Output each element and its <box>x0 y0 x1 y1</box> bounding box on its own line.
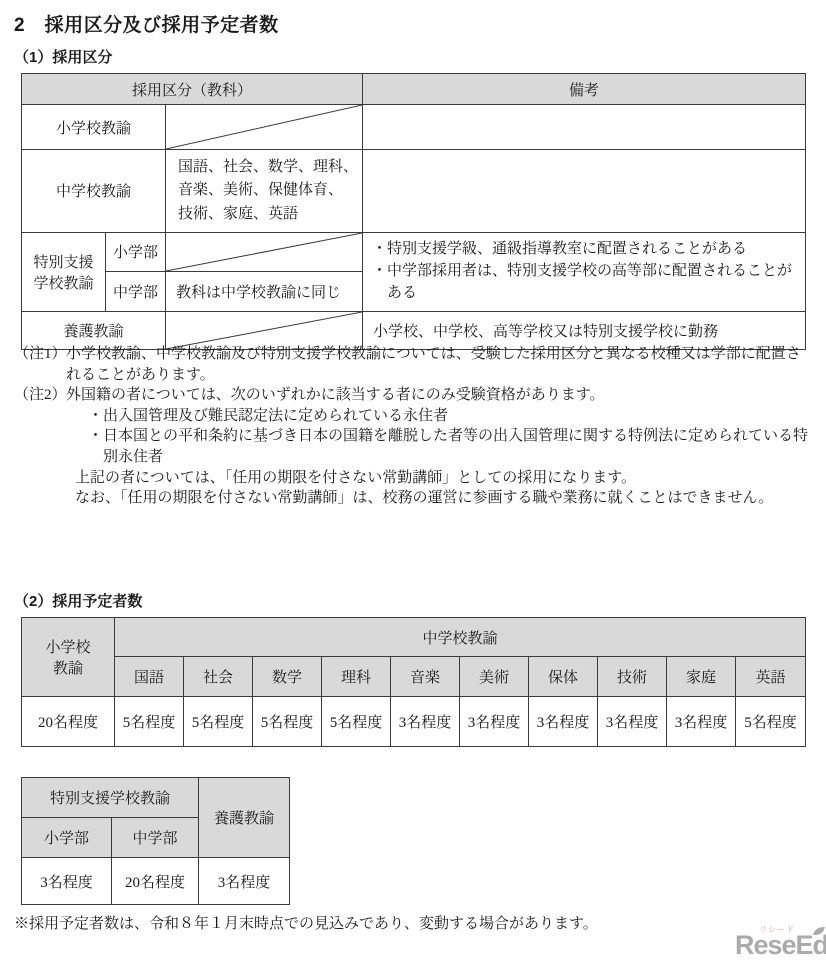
recruitment-category-table: 採用区分（教科） 備考 小学校教諭 中学校教諭 国語、社会、数学、理科、 音楽、… <box>21 73 806 350</box>
value-rika: 5名程度 <box>322 697 391 747</box>
col-header-subject-rika: 理科 <box>322 657 391 697</box>
col-header-subject-sugaku: 数学 <box>253 657 322 697</box>
col-header-special-elementary: 小学部 <box>22 818 112 858</box>
col-header-subject-katei: 家庭 <box>667 657 736 697</box>
leaf-icon <box>812 926 826 936</box>
remark-elementary-empty <box>363 105 806 150</box>
note-1-label: （注1） <box>14 344 66 385</box>
note-2-line-1: 上記の者については、「任用の期限を付さない常勤講師」としての採用になります。 <box>75 468 814 489</box>
note-2-bullet-2: ・日本国との平和条約に基づき日本の国籍を離脱した者等の出入国管理に関する特例法に… <box>88 426 814 467</box>
row-label-elementary: 小学校教諭 <box>22 105 166 150</box>
remark-special: ・特別支援学級、通級指導教室に配置されることがある ・中学部採用者は、特別支援学… <box>363 232 806 311</box>
footnote: ※採用予定者数は、令和８年１月末時点での見込みであり、変動する場合があります。 <box>14 912 598 933</box>
planned-hires-table: 小学校 教諭 中学校教諭 国語 社会 数学 理科 音楽 美術 保体 技術 家庭 … <box>21 617 806 747</box>
remark-special-bullet-1: ・特別支援学級、通級指導教室に配置されることがある <box>372 239 799 261</box>
col-header-subject-gijutsu: 技術 <box>598 657 667 697</box>
value-kokugo: 5名程度 <box>115 697 184 747</box>
page-title: 2 採用区分及び採用予定者数 <box>14 10 279 37</box>
value-hotai: 3名程度 <box>529 697 598 747</box>
remark-special-bullet-2: ・中学部採用者は、特別支援学校の高等部に配置されることがある <box>372 261 799 305</box>
col-header-special-school: 特別支援学校教諭 <box>22 778 199 818</box>
note-2-label: （注2） <box>14 385 66 406</box>
reseed-watermark: リシード ReseEd <box>735 924 826 962</box>
row-label-junior: 中学校教諭 <box>22 150 166 233</box>
value-special-elementary: 3名程度 <box>22 858 112 905</box>
notes-block: （注1） 小学校教諭、中学校教諭及び特別支援学校教諭については、受験した採用区分… <box>14 344 814 509</box>
value-katei: 3名程度 <box>667 697 736 747</box>
value-nurse: 3名程度 <box>199 858 290 905</box>
note-2-line-2: なお、「任用の期限を付さない常勤講師」は、校務の運営に参画する職や業務に就くこと… <box>75 488 814 509</box>
diagonal-na-cell <box>166 105 363 150</box>
col-header-subject-eigo: 英語 <box>736 657 806 697</box>
col-header-category: 採用区分（教科） <box>22 74 363 105</box>
note-1: （注1） 小学校教諭、中学校教諭及び特別支援学校教諭については、受験した採用区分… <box>14 344 814 385</box>
value-shakai: 5名程度 <box>184 697 253 747</box>
col-header-junior: 中学校教諭 <box>115 618 806 657</box>
col-header-elementary: 小学校 教諭 <box>22 618 115 697</box>
note-2-bullet-1: ・出入国管理及び難民認定法に定められている永住者 <box>88 406 814 427</box>
special-junior-subject: 教科は中学校教諭に同じ <box>166 271 363 311</box>
note-1-text: 小学校教諭、中学校教諭及び特別支援学校教諭については、受験した採用区分と異なる校… <box>66 344 814 385</box>
col-header-subject-bijutsu: 美術 <box>460 657 529 697</box>
junior-subjects: 国語、社会、数学、理科、 音楽、美術、保健体育、 技術、家庭、英語 <box>166 150 363 233</box>
special-nurse-hires-table: 特別支援学校教諭 養護教諭 小学部 中学部 3名程度 20名程度 3名程度 <box>21 777 290 905</box>
col-header-remarks: 備考 <box>363 74 806 105</box>
value-bijutsu: 3名程度 <box>460 697 529 747</box>
value-gijutsu: 3名程度 <box>598 697 667 747</box>
value-sugaku: 5名程度 <box>253 697 322 747</box>
value-elementary: 20名程度 <box>22 697 115 747</box>
section-2-heading: （2）採用予定者数 <box>14 590 142 611</box>
col-header-subject-shakai: 社会 <box>184 657 253 697</box>
value-ongaku: 3名程度 <box>391 697 460 747</box>
col-header-subject-kokugo: 国語 <box>115 657 184 697</box>
col-header-subject-hotai: 保体 <box>529 657 598 697</box>
remark-junior-empty <box>363 150 806 233</box>
col-header-special-junior: 中学部 <box>112 818 199 858</box>
value-eigo: 5名程度 <box>736 697 806 747</box>
col-header-subject-ongaku: 音楽 <box>391 657 460 697</box>
section-1-heading: （1）採用区分 <box>14 46 112 67</box>
note-2: （注2） 外国籍の者については、次のいずれかに該当する者にのみ受験資格があります… <box>14 385 814 406</box>
row-label-special: 特別支援 学校教諭 <box>22 232 106 311</box>
note-2-text: 外国籍の者については、次のいずれかに該当する者にのみ受験資格があります。 <box>66 385 814 406</box>
diagonal-na-cell <box>166 232 363 271</box>
row-label-special-junior: 中学部 <box>106 271 166 311</box>
diagonal-line <box>166 105 362 149</box>
document-page: 2 採用区分及び採用予定者数 （1）採用区分 採用区分（教科） 備考 小学校教諭… <box>0 0 826 963</box>
row-label-special-elementary: 小学部 <box>106 232 166 271</box>
diagonal-line <box>166 233 362 271</box>
col-header-nurse: 養護教諭 <box>199 778 290 858</box>
value-special-junior: 20名程度 <box>112 858 199 905</box>
